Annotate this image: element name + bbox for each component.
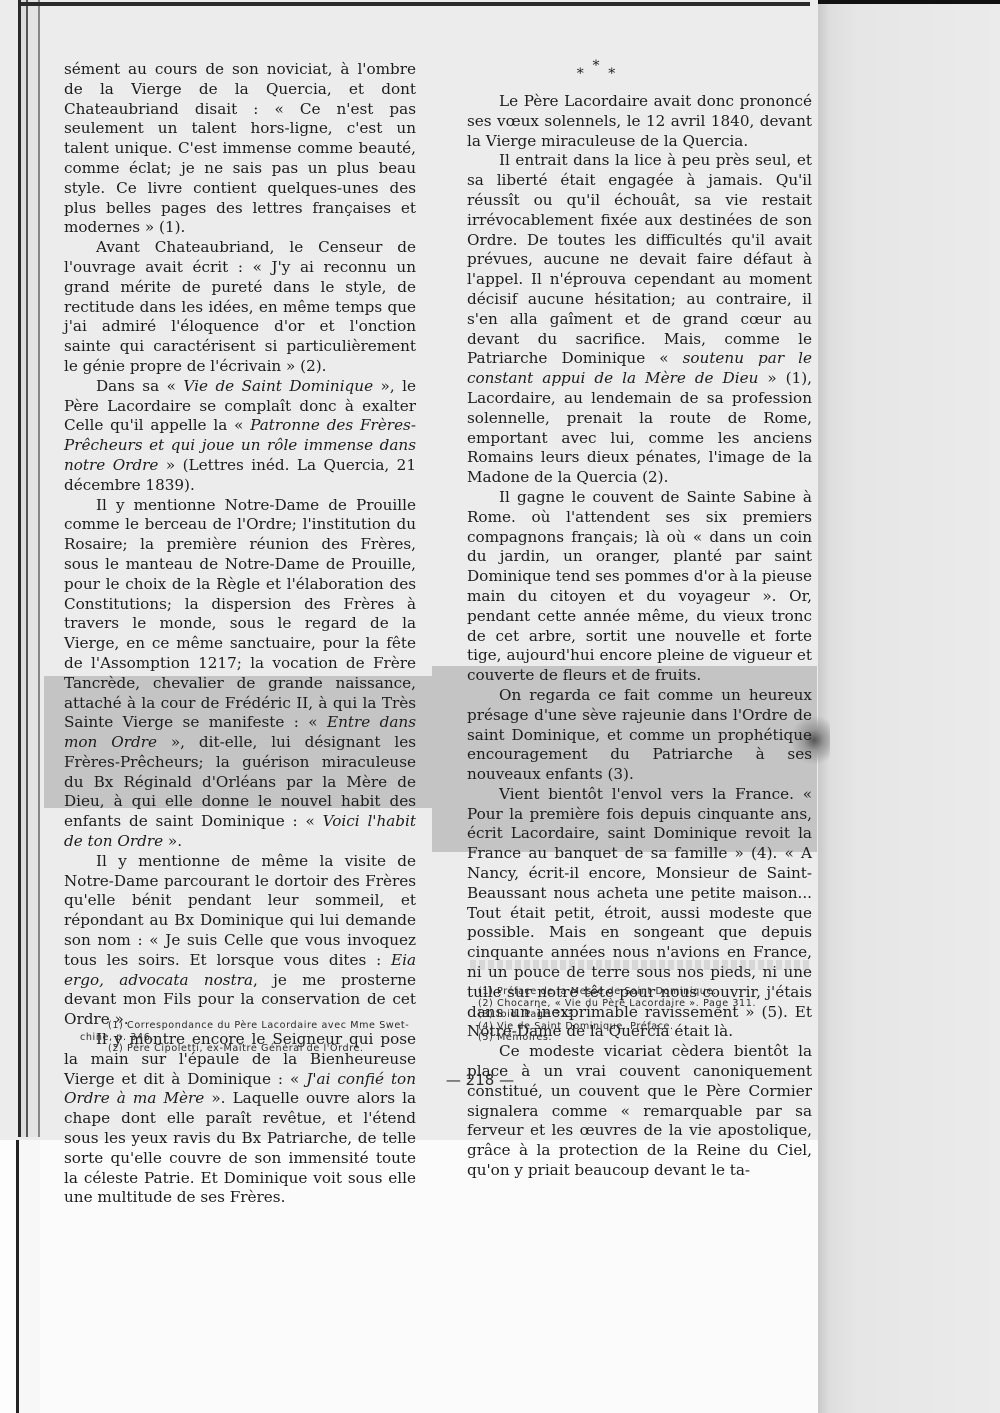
- facing-page-blank: [818, 4, 1000, 1413]
- text-run: Il entrait dans la lice à peu près seul,…: [467, 151, 812, 367]
- left-footnotes: (1) Correspondance du Père Lacordaire av…: [80, 1020, 420, 1055]
- paragraph: Ce modeste vicariat cèdera bientôt la pl…: [467, 1042, 812, 1181]
- paragraph: Il entrait dans la lice à peu près seul,…: [467, 151, 812, 488]
- footnote: (1) Préface de la Messe de Saint Dominiq…: [478, 986, 798, 998]
- paragraph: Dans sa « Vie de Saint Dominique », le P…: [64, 377, 416, 496]
- book-spine-strip: [18, 0, 40, 1137]
- footnote: (4) Vie de Saint Dominique. Préface.: [478, 1021, 798, 1033]
- paragraph: Il y mentionne de même la visite de Notr…: [64, 852, 416, 1030]
- footnote: (3) Ibid. Page 313.: [478, 1009, 798, 1021]
- footnote: (1) Correspondance du Père Lacordaire av…: [80, 1020, 420, 1032]
- page-top-border: [20, 2, 810, 6]
- footnote: (2) Père Cipoletti, ex-Maître Général de…: [80, 1043, 420, 1055]
- text-run: ».: [163, 832, 182, 850]
- footnote: (5) Mémoires.: [478, 1032, 798, 1044]
- paragraph: Il gagne le couvent de Sainte Sabine à R…: [467, 488, 812, 686]
- text-run: Il y mentionne de même la visite de Notr…: [64, 852, 416, 969]
- show-through-text: [470, 960, 810, 970]
- paragraph: Le Père Lacordaire avait donc prononcé s…: [467, 92, 812, 151]
- footnote-continuation: chine, p. 346.: [80, 1032, 420, 1044]
- right-footnotes: (1) Préface de la Messe de Saint Dominiq…: [478, 986, 798, 1044]
- paragraph: Il y mentionne Notre-Dame de Prouille co…: [64, 496, 416, 852]
- paragraph: sément au cours de son noviciat, à l'omb…: [64, 60, 416, 238]
- paragraph: Avant Chateaubriand, le Censeur de l'ouv…: [64, 238, 416, 377]
- footnote: (2) Chocarne, « Vie du Père Lacordaire »…: [478, 998, 798, 1010]
- book-title-italic: Vie de Saint Dominique: [183, 377, 373, 395]
- text-run: Dans sa «: [96, 377, 183, 395]
- asterism-bottom-stars: * *: [566, 66, 636, 82]
- paragraph: Il y montre encore le Seigneur qui pose …: [64, 1030, 416, 1208]
- text-run: Il y mentionne Notre-Dame de Prouille co…: [64, 496, 416, 732]
- page-number: — 218 —: [410, 1071, 550, 1089]
- paragraph: On regarda ce fait comme un heureux prés…: [467, 686, 812, 785]
